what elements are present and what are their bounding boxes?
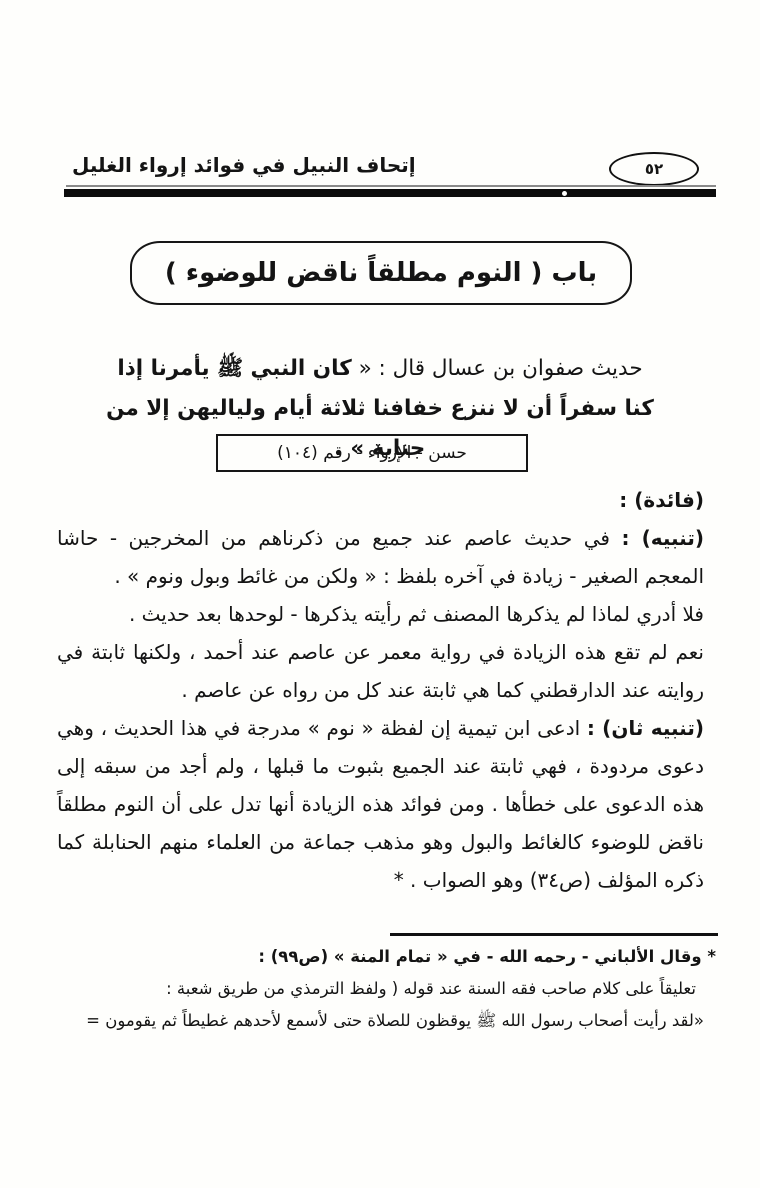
header-rule-thick [64, 189, 716, 197]
faida-heading: (فائدة) : [57, 481, 704, 519]
hadith-intro: حديث صفوان بن عسال قال : « [359, 356, 643, 381]
paragraph-3: نعم لم تقع هذه الزيادة في رواية معمر عن … [57, 633, 704, 709]
footnote-line-3: «لقد رأيت أصحاب رسول الله ﷺ يوقظون للصلا… [36, 1005, 716, 1037]
tanbih-1-text: في حديث عاصم عند جميع من ذكرناهم من المخ… [57, 526, 704, 588]
hadith-line-1: حديث صفوان بن عسال قال : « كان النبي ﷺ ي… [80, 349, 680, 389]
header-rule-thin [66, 185, 716, 187]
tanbih-2-label: (تنبيه ثان) : [587, 716, 704, 740]
footnote-line-1: * وقال الألباني - رحمه الله - في « تمام … [36, 941, 716, 973]
tanbih-2-text: ادعى ابن تيمية إن لفظة « نوم » مدرجة في … [57, 716, 704, 892]
page-number: ٥٢ [645, 160, 663, 178]
scanned-book-page: إتحاف النبيل في فوائد إرواء الغليل ٥٢ با… [0, 0, 760, 1188]
footnote-block: * وقال الألباني - رحمه الله - في « تمام … [36, 941, 716, 1037]
hadith-grading-box: حسن - الإرواء - رقم (١٠٤) [216, 434, 528, 472]
tanbih-1-label: (تنبيه) : [621, 526, 704, 550]
page-number-badge: ٥٢ [609, 152, 699, 186]
footnote-separator [390, 933, 718, 936]
commentary-body: (فائدة) : (تنبيه) : في حديث عاصم عند جمي… [57, 481, 704, 899]
rule-dot [562, 191, 567, 196]
chapter-title: باب ( النوم مطلقاً ناقض للوضوء ) [165, 258, 597, 288]
tanbih-2-paragraph: (تنبيه ثان) : ادعى ابن تيمية إن لفظة « ن… [57, 709, 704, 899]
hadith-grading: حسن - الإرواء - رقم (١٠٤) [277, 443, 467, 463]
running-book-title: إتحاف النبيل في فوائد إرواء الغليل [72, 153, 416, 177]
footnote-line-2: تعليقاً على كلام صاحب فقه السنة عند قوله… [36, 973, 716, 1005]
paragraph-2: فلا أدري لماذا لم يذكرها المصنف ثم رأيته… [57, 595, 704, 633]
hadith-matn-line1: كان النبي ﷺ يأمرنا إذا [117, 356, 351, 381]
chapter-title-box: باب ( النوم مطلقاً ناقض للوضوء ) [130, 241, 632, 305]
tanbih-1-paragraph: (تنبيه) : في حديث عاصم عند جميع من ذكرنا… [57, 519, 704, 595]
